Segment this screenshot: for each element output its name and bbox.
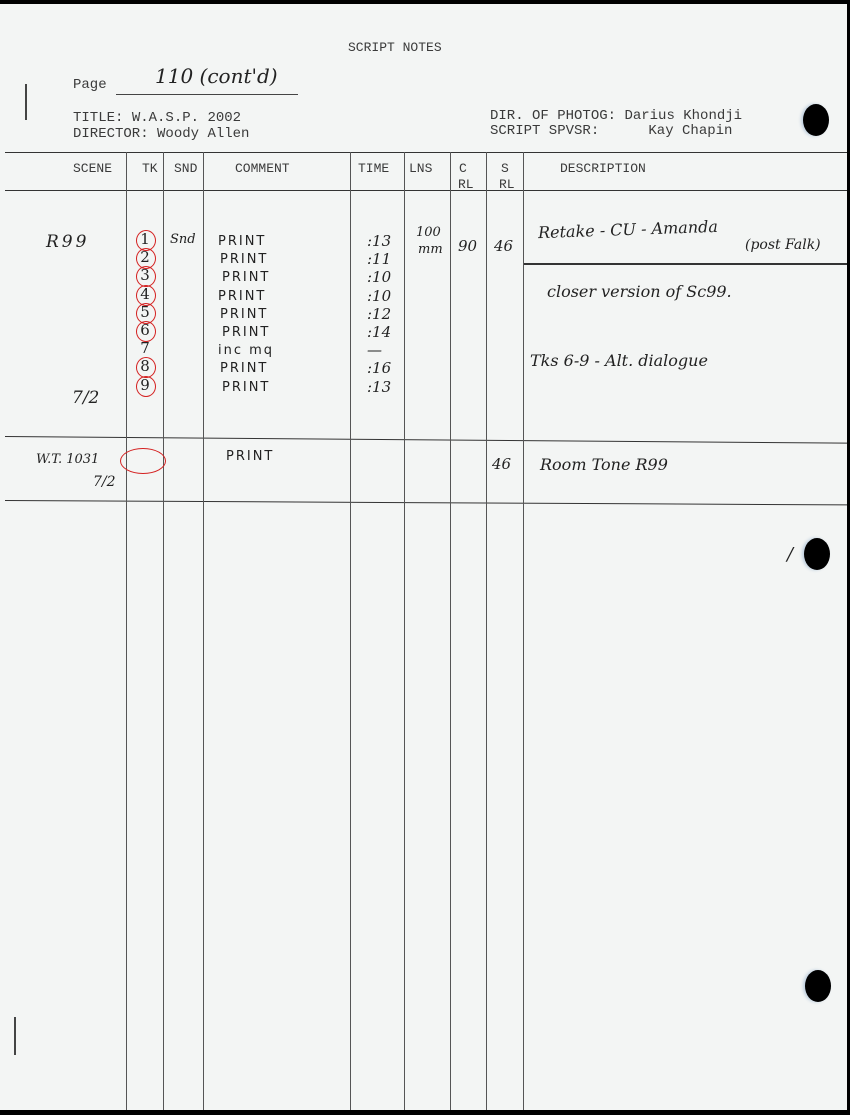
script-notes-page: SCRIPT NOTES Page 110 (cont'd) TITLE: W.… bbox=[0, 4, 847, 1110]
col-header-crl-bottom: RL bbox=[458, 177, 474, 192]
col-divider-crl bbox=[486, 152, 487, 1110]
page-label: Page bbox=[73, 77, 107, 93]
col-header-srl-top: S bbox=[501, 161, 509, 176]
take-time: :12 bbox=[367, 305, 391, 323]
block2-scene-note: 7/2 bbox=[93, 474, 116, 490]
block1-scene-note: 7/2 bbox=[72, 388, 99, 408]
take-comment: PRINT bbox=[222, 380, 270, 395]
form-title: SCRIPT NOTES bbox=[348, 40, 442, 55]
block2-sound-roll: 46 bbox=[492, 455, 511, 473]
block2-comment: PRINT bbox=[226, 449, 274, 464]
col-header-tk: TK bbox=[142, 161, 158, 176]
margin-mark-top bbox=[25, 84, 27, 120]
dp-value: Darius Khondji bbox=[624, 108, 742, 124]
take-time: :10 bbox=[367, 287, 391, 305]
take-comment: PRINT bbox=[220, 307, 268, 322]
take-comment: PRINT bbox=[222, 270, 270, 285]
dp-label: DIR. OF PHOTOG: bbox=[490, 108, 616, 124]
header-bottom-rule bbox=[5, 190, 847, 191]
col-divider-time bbox=[404, 152, 405, 1110]
title-label: TITLE: bbox=[73, 110, 123, 126]
supervisor-label: SCRIPT SPVSR: bbox=[490, 123, 640, 139]
block2-take-circle bbox=[120, 448, 166, 474]
col-header-snd: SND bbox=[174, 161, 197, 176]
col-divider-tk bbox=[163, 152, 164, 1110]
page-underline bbox=[116, 94, 298, 95]
supervisor-value: Kay Chapin bbox=[648, 123, 732, 139]
director-label: DIRECTOR: bbox=[73, 126, 149, 142]
margin-mark: / bbox=[787, 544, 793, 565]
col-divider-lns bbox=[450, 152, 451, 1110]
director-field: DIRECTOR: Woody Allen bbox=[73, 126, 249, 142]
take-time: — bbox=[367, 341, 382, 359]
block1-scene: R99 bbox=[46, 232, 89, 252]
col-divider-srl bbox=[523, 152, 524, 1110]
take-comment: PRINT bbox=[218, 289, 266, 304]
block1-lens-2: mm bbox=[418, 242, 443, 257]
take-comment: PRINT bbox=[222, 325, 270, 340]
title-field: TITLE: W.A.S.P. 2002 bbox=[73, 110, 241, 126]
take-number: 7 bbox=[134, 339, 156, 357]
take-circle bbox=[136, 376, 156, 397]
col-header-description: DESCRIPTION bbox=[560, 161, 646, 176]
supervisor-field: SCRIPT SPVSR: Kay Chapin bbox=[490, 123, 732, 139]
col-header-lns: LNS bbox=[409, 161, 432, 176]
col-header-crl-top: C bbox=[459, 161, 467, 176]
description-divider bbox=[523, 263, 847, 265]
block2-bottom-rule bbox=[5, 500, 847, 505]
take-comment: inc mq bbox=[218, 343, 274, 358]
take-time: :13 bbox=[367, 232, 391, 250]
dp-field: DIR. OF PHOTOG: Darius Khondji bbox=[490, 108, 742, 124]
take-comment: PRINT bbox=[220, 361, 268, 376]
col-header-comment: COMMENT bbox=[235, 161, 290, 176]
page-value: 110 (cont'd) bbox=[155, 64, 278, 88]
block2-description: Room Tone R99 bbox=[540, 455, 668, 474]
block1-lens-1: 100 bbox=[416, 225, 441, 240]
director-value: Woody Allen bbox=[157, 126, 249, 142]
block1-description-4: Tks 6-9 - Alt. dialogue bbox=[530, 351, 708, 370]
punch-hole-bottom bbox=[805, 970, 831, 1002]
block1-sound-roll: 46 bbox=[494, 237, 513, 255]
col-header-srl-bottom: RL bbox=[499, 177, 515, 192]
take-comment: PRINT bbox=[218, 234, 266, 249]
punch-hole-middle bbox=[804, 538, 830, 570]
take-time: :11 bbox=[367, 250, 391, 268]
take-time: :13 bbox=[367, 378, 391, 396]
block1-description-1: Retake - CU - Amanda bbox=[538, 217, 718, 242]
block1-camera-roll: 90 bbox=[458, 237, 477, 255]
col-divider-comment bbox=[350, 152, 351, 1110]
take-time: :10 bbox=[367, 268, 391, 286]
table-top-rule bbox=[5, 152, 847, 153]
margin-mark-bottom bbox=[14, 1017, 16, 1055]
block1-sound: Snd bbox=[170, 232, 196, 247]
take-time: :14 bbox=[367, 323, 391, 341]
col-header-time: TIME bbox=[358, 161, 389, 176]
block2-scene: W.T. 1031 bbox=[36, 452, 99, 467]
punch-hole-top bbox=[803, 104, 829, 136]
col-divider-snd bbox=[203, 152, 204, 1110]
block1-bottom-rule bbox=[5, 436, 847, 444]
take-comment: PRINT bbox=[220, 252, 268, 267]
take-time: :16 bbox=[367, 359, 391, 377]
col-header-scene: SCENE bbox=[73, 161, 112, 176]
title-value: W.A.S.P. 2002 bbox=[132, 110, 241, 126]
block1-description-3: closer version of Sc99. bbox=[547, 282, 732, 301]
block1-description-2: (post Falk) bbox=[745, 237, 821, 253]
col-divider-scene bbox=[126, 152, 127, 1110]
